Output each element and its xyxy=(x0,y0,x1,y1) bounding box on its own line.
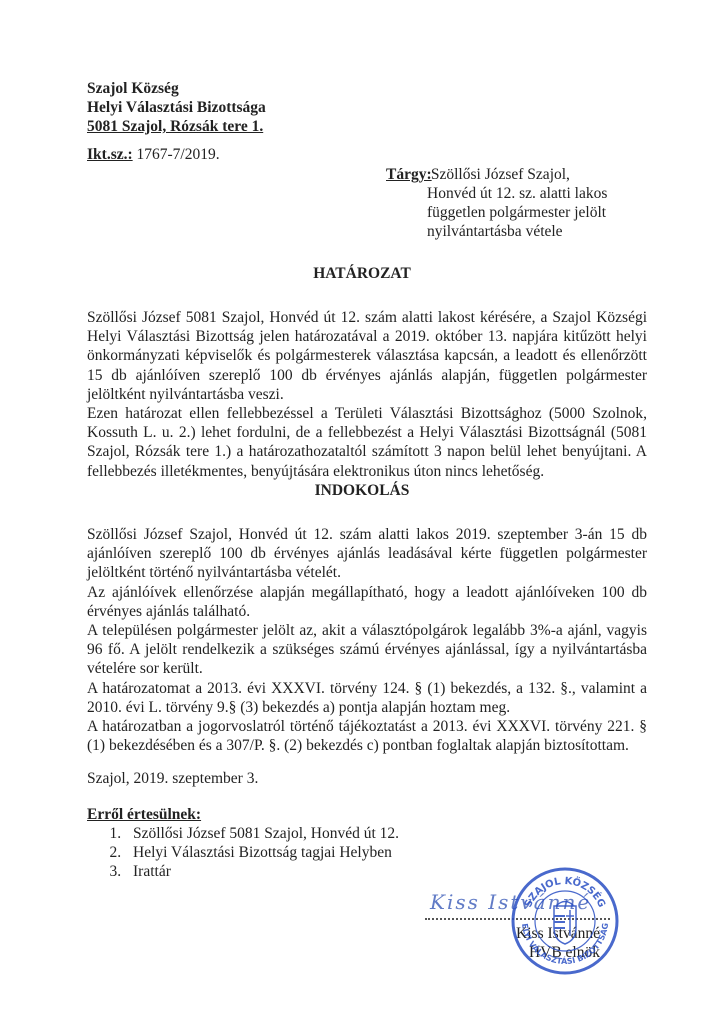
issuer-address: 5081 Szajol, Rózsák tere 1. xyxy=(87,117,266,136)
decision-paragraph: Szöllősi József 5081 Szajol, Honvéd út 1… xyxy=(87,308,647,404)
distribution-item: Szöllősi József 5081 Szajol, Honvéd út 1… xyxy=(125,824,399,843)
decision-paragraph: Ezen határozat ellen fellebbezéssel a Te… xyxy=(87,404,647,481)
reasoning-paragraph: Az ajánlóívek ellenőrzése alapján megáll… xyxy=(87,583,647,621)
reasoning-body: Szöllősi József Szajol, Honvéd út 12. sz… xyxy=(87,525,647,755)
distribution-item: Irattár xyxy=(125,862,399,881)
distribution-item: Helyi Választási Bizottság tagjai Helybe… xyxy=(125,843,399,862)
reference-value: 1767-7/2019. xyxy=(133,146,220,163)
subject-line: Szöllősi József Szajol, xyxy=(431,166,570,183)
decision-body: Szöllősi József 5081 Szajol, Honvéd út 1… xyxy=(87,308,647,481)
reasoning-paragraph: Szöllősi József Szajol, Honvéd út 12. sz… xyxy=(87,525,647,583)
official-stamp-icon: SZAJOL KÖZSÉG HELYI VÁLASZTÁSI BIZOTTSÁG… xyxy=(510,866,620,976)
issuer-committee: Helyi Választási Bizottsága xyxy=(87,98,266,117)
distribution-label: Erről értesülnek: xyxy=(87,805,399,824)
reasoning-paragraph: A határozatomat a 2013. évi XXXVI. törvé… xyxy=(87,679,647,717)
reasoning-paragraph: A településen polgármester jelölt az, ak… xyxy=(87,621,647,679)
subject-line: független polgármester jelölt xyxy=(386,203,607,222)
reference-number: Ikt.sz.: 1767-7/2019. xyxy=(87,146,220,164)
place-and-date: Szajol, 2019. szeptember 3. xyxy=(87,770,258,788)
issuer-name: Szajol Község xyxy=(87,79,266,98)
reasoning-title: INDOKOLÁS xyxy=(0,482,724,500)
subject-label: Tárgy: xyxy=(386,165,427,184)
subject-block: Tárgy: Szöllősi József Szajol, Honvéd út… xyxy=(386,165,607,241)
reasoning-paragraph: A határozatban a jogorvoslatról történő … xyxy=(87,717,647,755)
subject-line: Honvéd út 12. sz. alatti lakos xyxy=(386,184,607,203)
decision-title: HATÁROZAT xyxy=(0,265,724,283)
distribution-list: Erről értesülnek: Szöllősi József 5081 S… xyxy=(87,805,399,881)
reference-label: Ikt.sz.: xyxy=(87,146,133,163)
subject-line: nyilvántartásba vétele xyxy=(386,222,607,241)
issuer-header: Szajol Község Helyi Választási Bizottság… xyxy=(87,79,266,136)
